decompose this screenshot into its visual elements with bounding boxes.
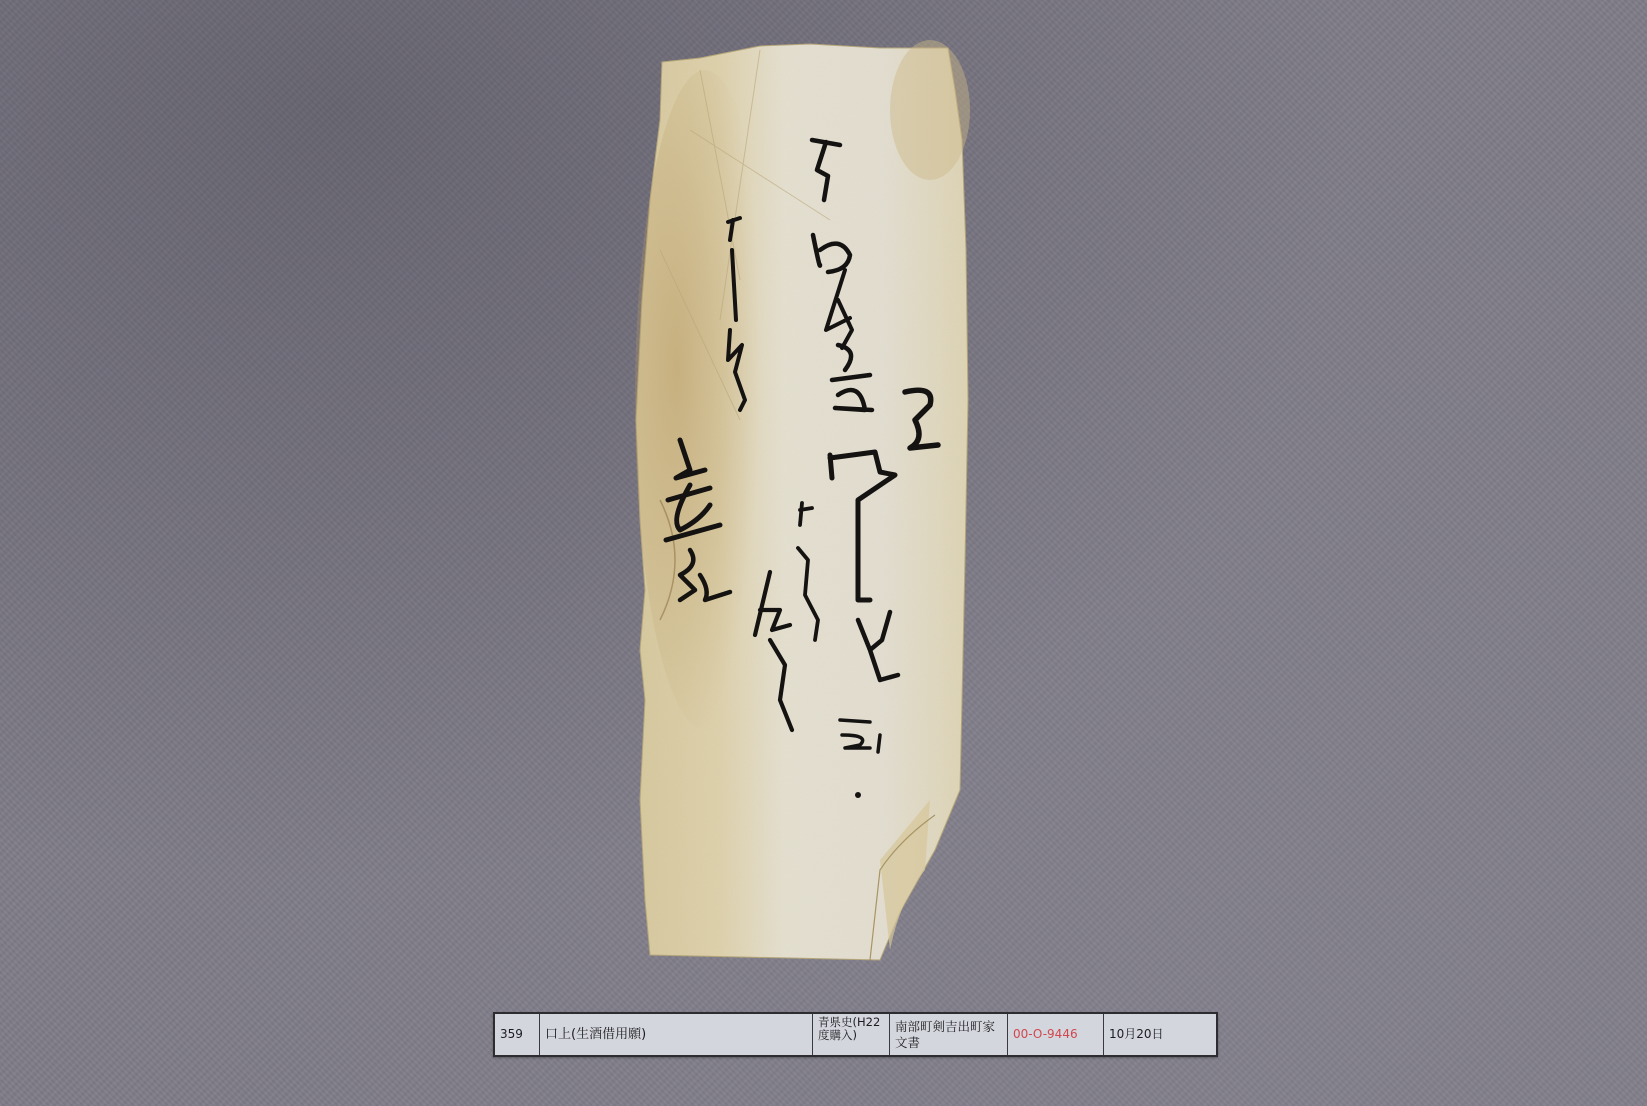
label-title: 口上(生酒借用願) <box>540 1014 813 1055</box>
catalog-label-strip: 359 口上(生酒借用願) 青県史(H22度購入) 南部町剣吉出町家文書 00-… <box>493 1012 1218 1057</box>
label-catalog-id: 00-O-9446 <box>1008 1014 1104 1055</box>
label-collection: 南部町剣吉出町家文書 <box>890 1014 1008 1055</box>
label-source: 青県史(H22度購入) <box>813 1014 890 1055</box>
photo-stage: 359 口上(生酒借用願) 青県史(H22度購入) 南部町剣吉出町家文書 00-… <box>0 0 1647 1106</box>
label-date: 10月20日 <box>1104 1014 1216 1055</box>
label-number: 359 <box>495 1014 540 1055</box>
historic-document <box>0 0 1647 1106</box>
